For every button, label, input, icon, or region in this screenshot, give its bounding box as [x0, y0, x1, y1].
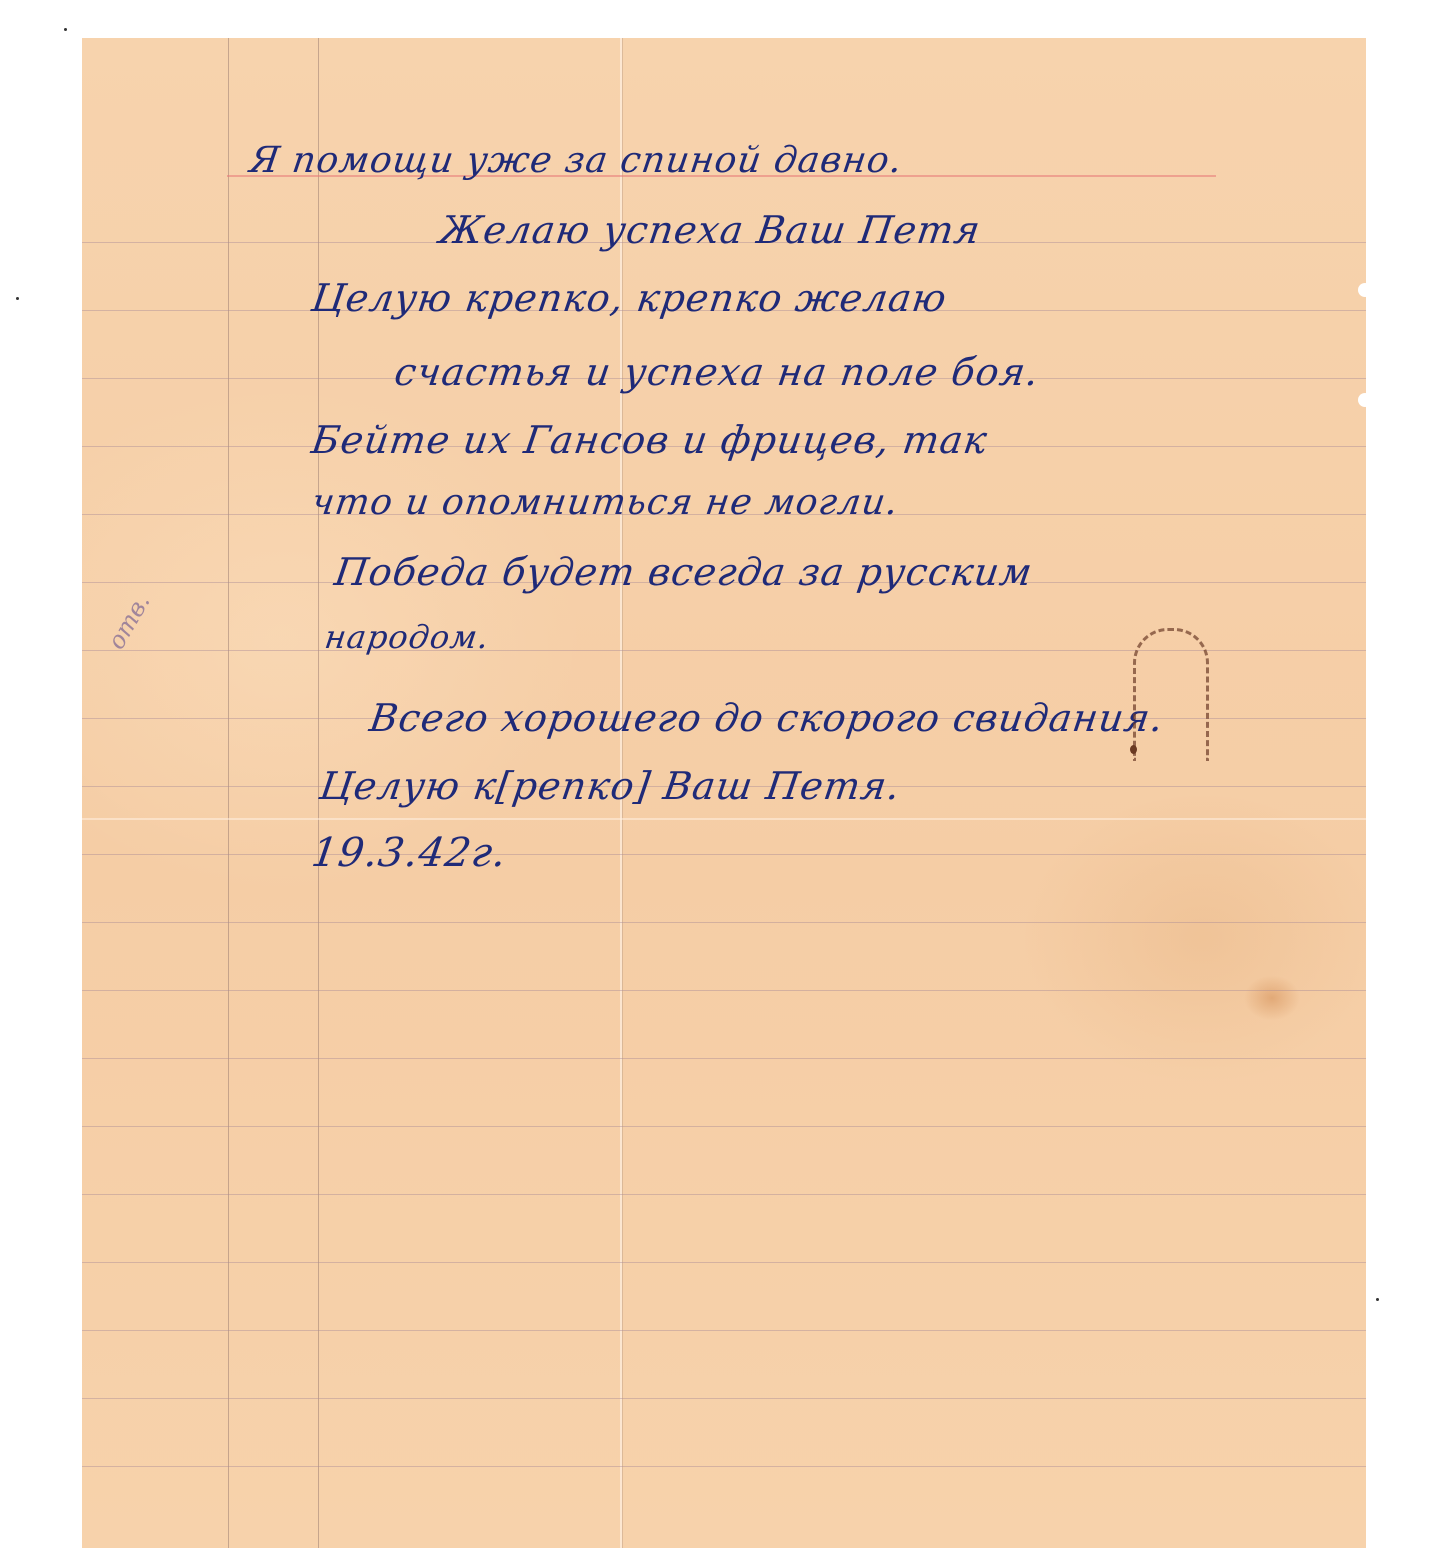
ruled-line [82, 1466, 1366, 1467]
ruled-line [82, 1262, 1366, 1263]
margin-line-left [228, 38, 229, 1548]
ruled-line [82, 1194, 1366, 1195]
ruled-line [82, 922, 1366, 923]
ruled-line [82, 990, 1366, 991]
paper-tear [1358, 393, 1372, 407]
ruled-line [82, 1398, 1366, 1399]
letter-line: Целую крепко, крепко желаю [309, 276, 950, 320]
letter-line: Бейте их Гансов и фрицев, так [309, 418, 991, 462]
ink-spot [1130, 745, 1137, 754]
letter-line: народом. [322, 618, 491, 656]
ruled-line [82, 1330, 1366, 1331]
letter-line: Желаю успеха Ваш Петя [437, 208, 984, 252]
scan-dot [1376, 1298, 1379, 1301]
pencil-mark [1133, 628, 1209, 761]
ruled-line [82, 1126, 1366, 1127]
letter-line: Всего хорошего до скорого свидания. [367, 696, 1167, 740]
horizontal-fold [82, 818, 1366, 820]
paper-tear [1358, 283, 1372, 297]
letter-line: что и опомниться не могли. [309, 482, 901, 523]
ruled-line [82, 1058, 1366, 1059]
letter-line: Я помощи уже за спиной давно. [247, 140, 905, 181]
letter-date: 19.3.42г. [309, 830, 510, 876]
signature-line: Целую к[репко] Ваш Петя. [317, 764, 903, 808]
letter-line: Победа будет всегда за русским [332, 550, 1036, 594]
scan-dot [64, 28, 67, 31]
scan-dot [16, 297, 19, 300]
letter-line: счастья и успеха на поле боя. [392, 350, 1042, 394]
ruled-line [82, 854, 1366, 855]
